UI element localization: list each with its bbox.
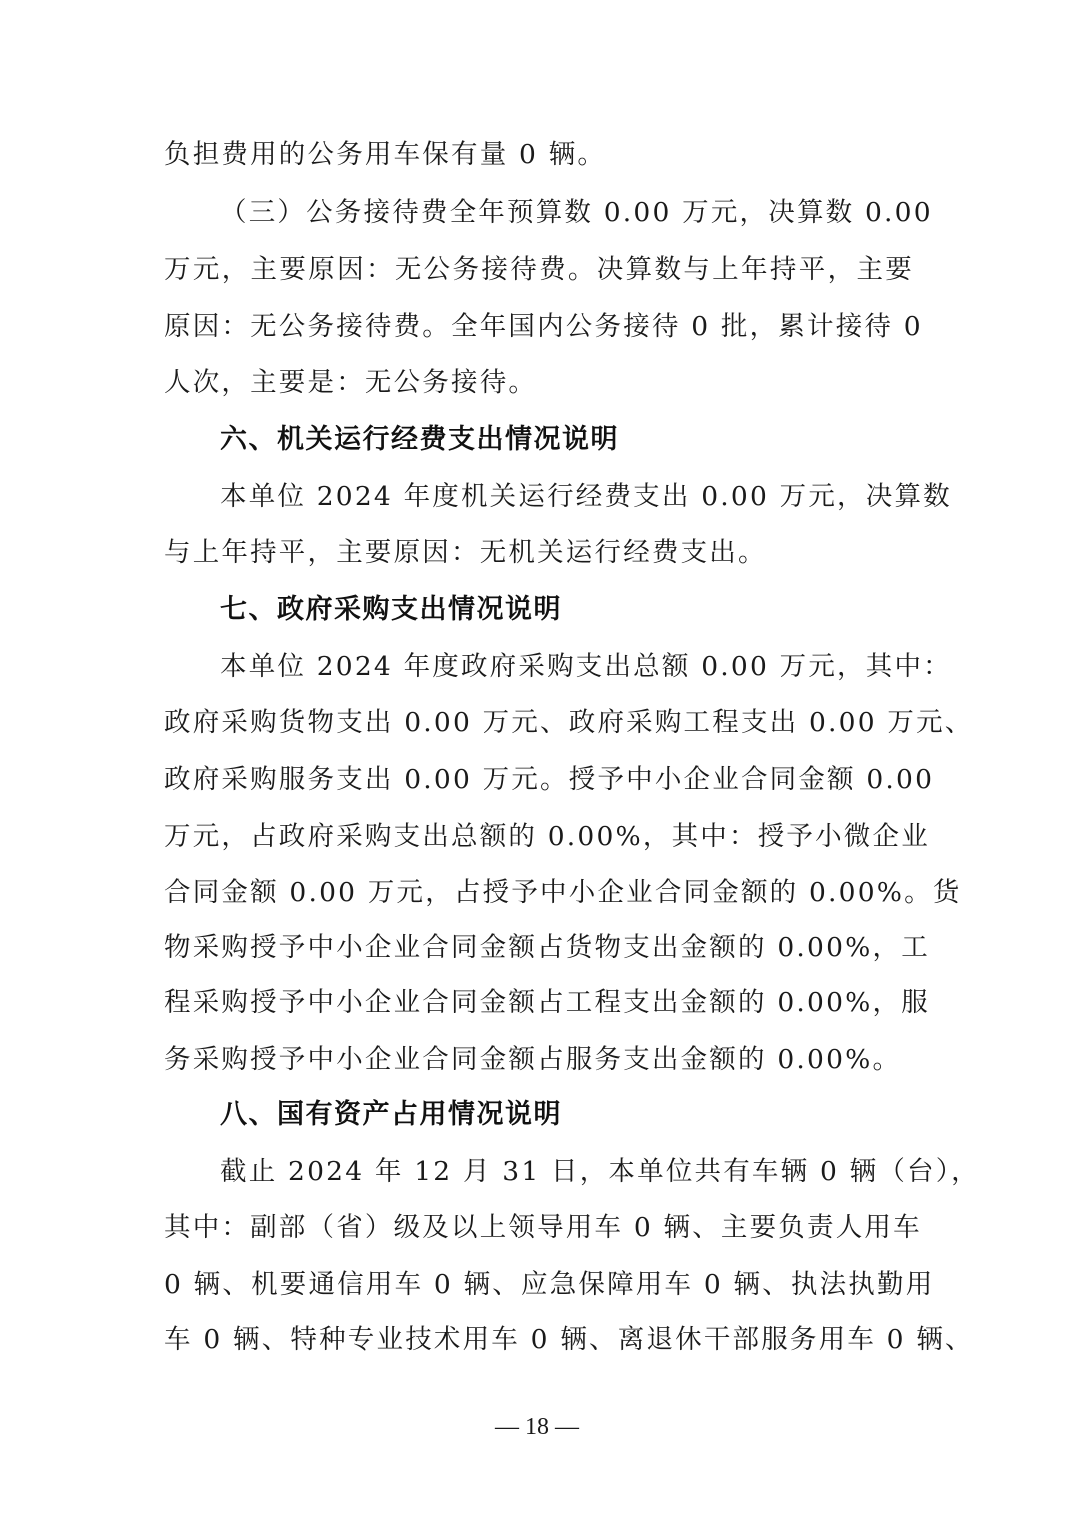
paragraph-line: 万元，主要原因：无公务接待费。决算数与上年持平，主要: [164, 250, 914, 290]
paragraph-line: 物采购授予中小企业合同金额占货物支出金额的 0.00%，工: [164, 928, 914, 968]
paragraph-line: 政府采购货物支出 0.00 万元、政府采购工程支出 0.00 万元、: [164, 703, 914, 743]
paragraph-line: 截止 2024 年 12 月 31 日，本单位共有车辆 0 辆（台），: [220, 1152, 914, 1192]
document-page: 负担费用的公务用车保有量 0 辆。 （三）公务接待费全年预算数 0.00 万元，…: [0, 0, 1074, 1520]
paragraph-line: 0 辆、机要通信用车 0 辆、应急保障用车 0 辆、执法执勤用: [164, 1265, 914, 1305]
paragraph-line: 合同金额 0.00 万元，占授予中小企业合同金额的 0.00%。货: [164, 873, 914, 913]
paragraph-line: 原因：无公务接待费。全年国内公务接待 0 批，累计接待 0: [164, 307, 914, 347]
paragraph-line: 本单位 2024 年度政府采购支出总额 0.00 万元，其中：: [220, 647, 914, 687]
paragraph-line: 程采购授予中小企业合同金额占工程支出金额的 0.00%，服: [164, 983, 914, 1023]
paragraph-line: 万元，占政府采购支出总额的 0.00%，其中：授予小微企业: [164, 817, 914, 857]
paragraph-line: 人次，主要是：无公务接待。: [164, 363, 914, 403]
paragraph-line: 务采购授予中小企业合同金额占服务支出金额的 0.00%。: [164, 1040, 914, 1080]
paragraph-line: 负担费用的公务用车保有量 0 辆。: [164, 135, 914, 175]
page-number: — 18 —: [0, 1410, 1074, 1444]
paragraph-line: 本单位 2024 年度机关运行经费支出 0.00 万元，决算数: [220, 477, 914, 517]
paragraph-line: 其中：副部（省）级及以上领导用车 0 辆、主要负责人用车: [164, 1208, 914, 1248]
section-heading-state-assets: 八、国有资产占用情况说明: [220, 1095, 562, 1135]
paragraph-line: 与上年持平，主要原因：无机关运行经费支出。: [164, 533, 914, 573]
paragraph-line: 车 0 辆、特种专业技术用车 0 辆、离退休干部服务用车 0 辆、: [164, 1320, 914, 1360]
section-heading-procurement: 七、政府采购支出情况说明: [220, 590, 562, 630]
paragraph-line: 政府采购服务支出 0.00 万元。授予中小企业合同金额 0.00: [164, 760, 914, 800]
section-heading-operating-expenses: 六、机关运行经费支出情况说明: [220, 420, 619, 460]
paragraph-line: （三）公务接待费全年预算数 0.00 万元，决算数 0.00: [220, 193, 914, 233]
